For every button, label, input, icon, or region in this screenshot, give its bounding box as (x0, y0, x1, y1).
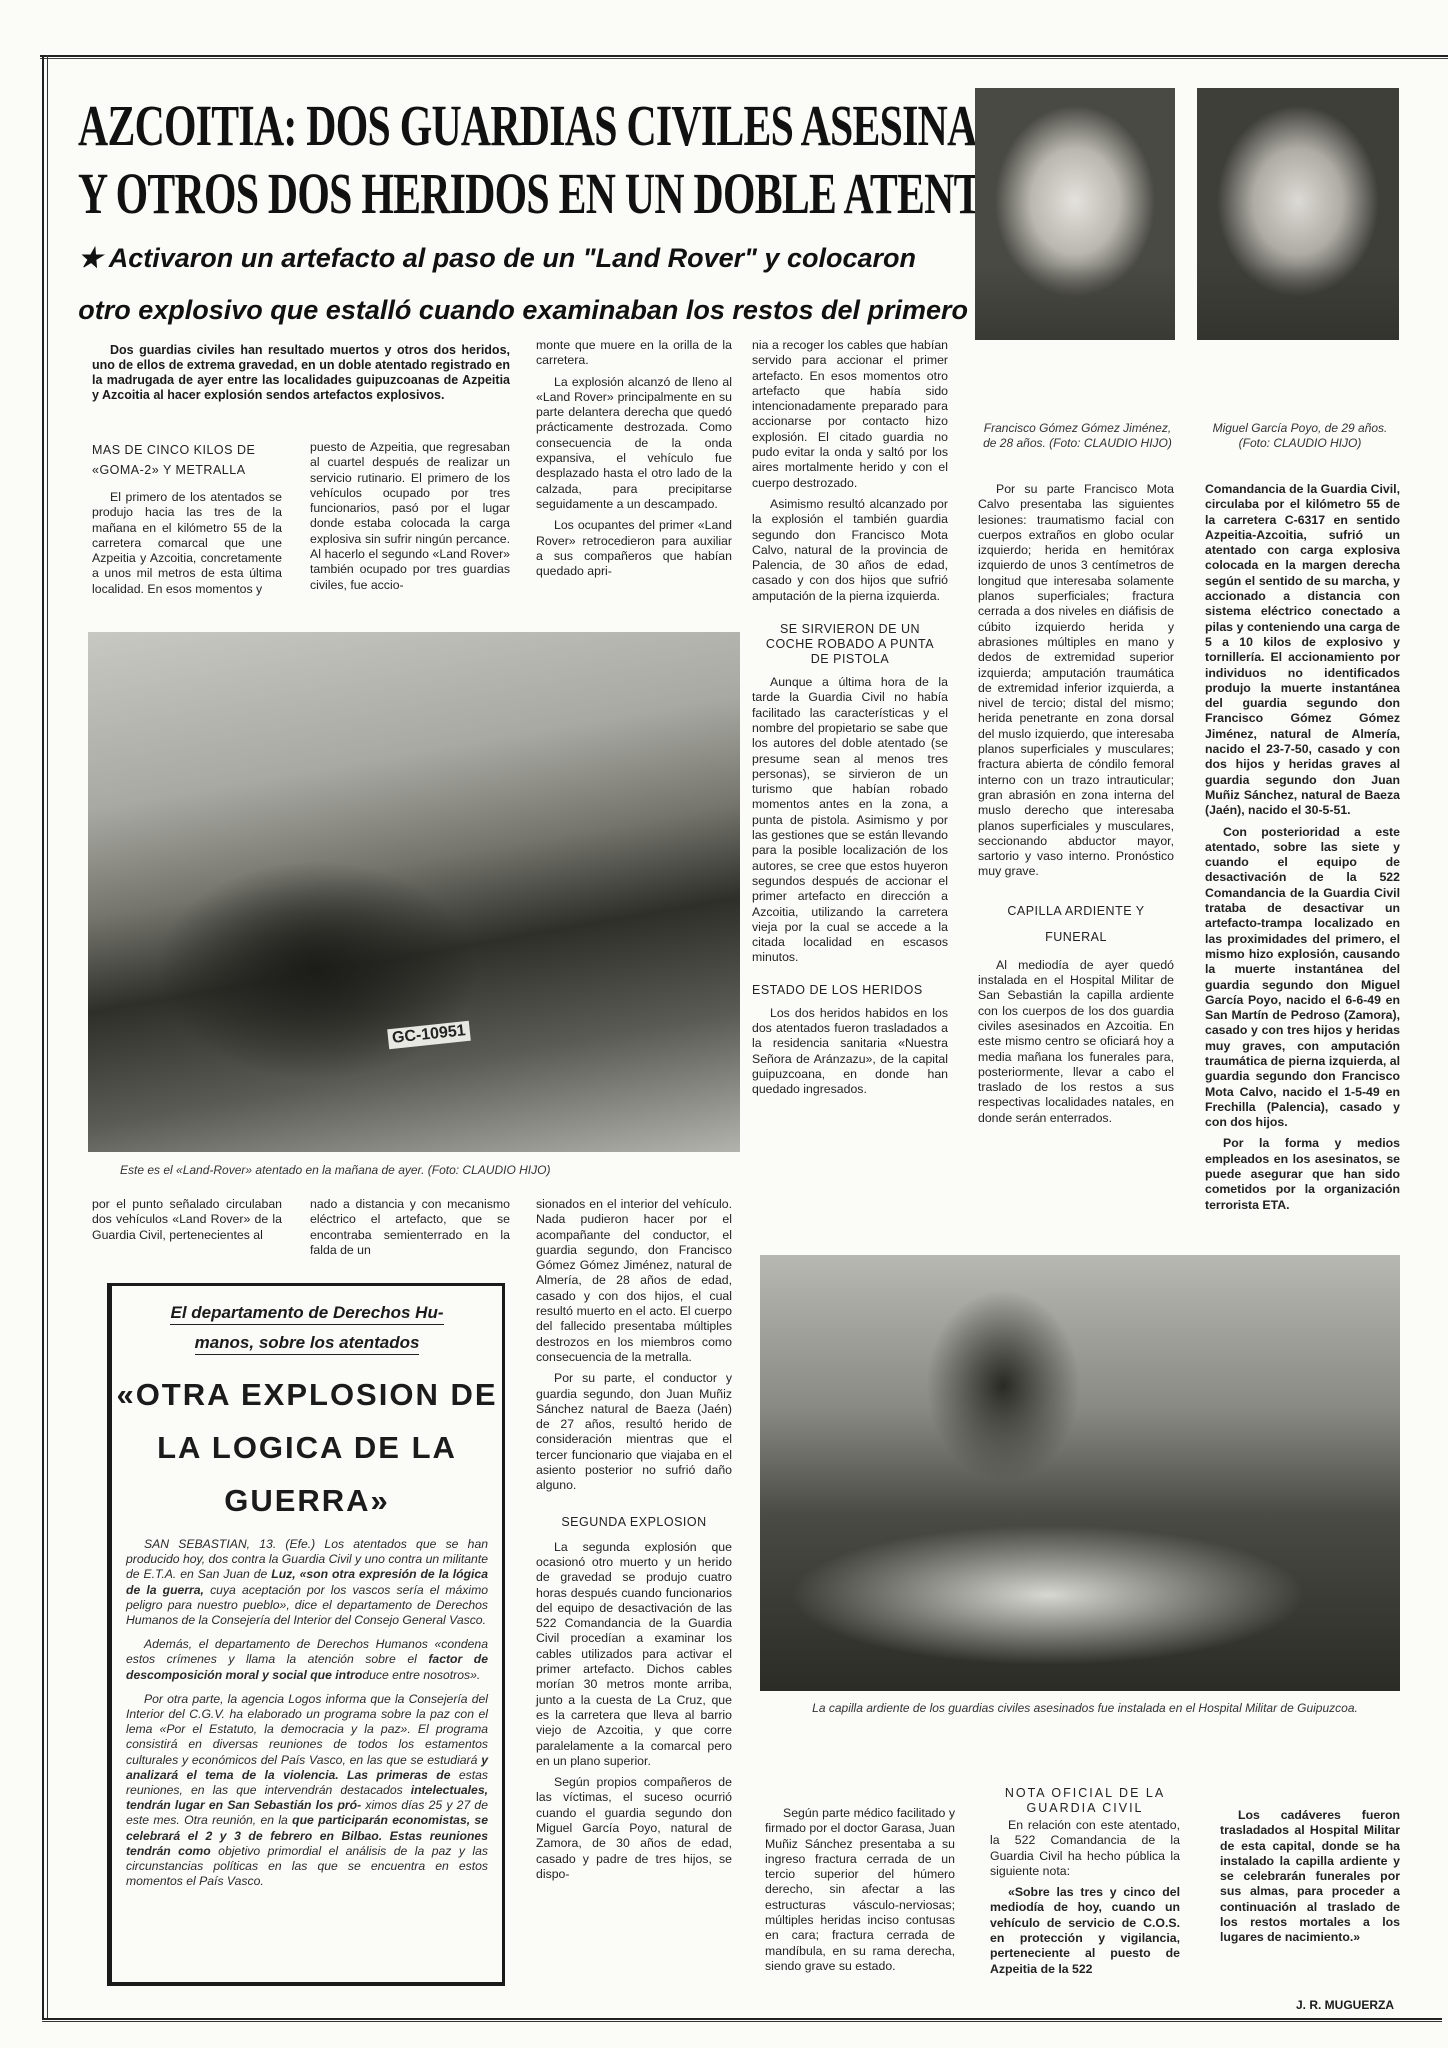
under-photo-text-mid: nado a distancia y con mecanismo eléctri… (310, 1197, 510, 1258)
section-title-segunda-explosion: SEGUNDA EXPLOSION (536, 1512, 732, 1532)
lead-paragraph: Dos guardias civiles han resultado muert… (92, 343, 510, 403)
under-photo-text-left: por el punto señalado circulaban dos veh… (92, 1197, 282, 1243)
chapel-caption: La capilla ardiente de los guardias civi… (765, 1701, 1405, 1716)
bottom-rule (42, 2018, 1442, 2022)
section-title-capilla-ardiente: CAPILLA ARDIENTE Y FUNERAL (988, 898, 1164, 950)
subheadline: ★ Activaron un artefacto al paso de un "… (78, 232, 968, 336)
portrait-caption-garcia: Miguel García Poyo, de 29 años. (Foto: C… (1205, 421, 1395, 451)
sidebar-box-derechos-humanos: El departamento de Derechos Hu- manos, s… (107, 1283, 505, 1986)
section-title-nota-oficial: NOTA OFICIAL DE LA GUARDIA CIVIL (990, 1786, 1180, 1816)
portrait-photo-garcia (1197, 88, 1399, 340)
section-title-goma2: MAS DE CINCO KILOS DE «GOMA-2» Y METRALL… (92, 440, 282, 480)
sidebar-title: «OTRA EXPLOSION DE LA LOGICA DE LA GUERR… (112, 1368, 502, 1527)
section-title-coche-robado: SE SIRVIERON DE UN COCHE ROBADO A PUNTA … (762, 622, 938, 667)
headline: AZCOITIA: DOS GUARDIAS CIVILES ASESINADO… (78, 92, 719, 228)
portrait-caption-gomez: Francisco Gómez Gómez Jiménez, de 28 año… (980, 421, 1175, 451)
headline-line-2: Y OTROS DOS HERIDOS EN UN DOBLE ATENTADO (78, 160, 971, 228)
column-6: Comandancia de la Guardia Civil, circula… (1205, 482, 1400, 1219)
page-left-rule (42, 55, 48, 2020)
bottom-column-b: NOTA OFICIAL DE LA GUARDIA CIVIL En rela… (990, 1786, 1180, 1983)
subhead-line-1: ★ Activaron un artefacto al paso de un "… (78, 243, 916, 273)
column-mid-lower: sionados en el interior del vehículo. Na… (536, 1197, 732, 1888)
section-title-estado-heridos: ESTADO DE LOS HERIDOS (752, 980, 948, 1000)
portrait-photo-gomez (975, 88, 1175, 340)
column-3: monte que muere en la orilla de la carre… (536, 338, 732, 585)
bottom-column-a: Según parte médico facilitado y firmado … (765, 1806, 955, 1980)
column-2: puesto de Azpeitia, que regresaban al cu… (310, 440, 510, 599)
headline-line-1: AZCOITIA: DOS GUARDIAS CIVILES ASESINADO… (78, 92, 971, 160)
sidebar-kicker: El departamento de Derechos Hu- manos, s… (130, 1298, 484, 1358)
column-1: MAS DE CINCO KILOS DE «GOMA-2» Y METRALL… (92, 440, 282, 603)
byline: J. R. MUGUERZA (1296, 1998, 1394, 2012)
subhead-line-2: otro explosivo que estalló cuando examin… (78, 284, 968, 336)
land-rover-photo: GC-10951 (88, 632, 740, 1152)
page-top-rule (40, 55, 1448, 59)
bottom-column-c: Los cadáveres fueron trasladados al Hosp… (1220, 1808, 1400, 1952)
column-4: nia a recoger los cables que habían serv… (752, 338, 948, 1103)
column-5: Por su parte Francisco Mota Calvo presen… (978, 482, 1174, 1132)
chapel-photo (760, 1255, 1400, 1691)
sidebar-body: SAN SEBASTIAN, 13. (Efe.) Los atentados … (126, 1537, 488, 1889)
land-rover-caption: Este es el «Land-Rover» atentado en la m… (120, 1163, 720, 1178)
